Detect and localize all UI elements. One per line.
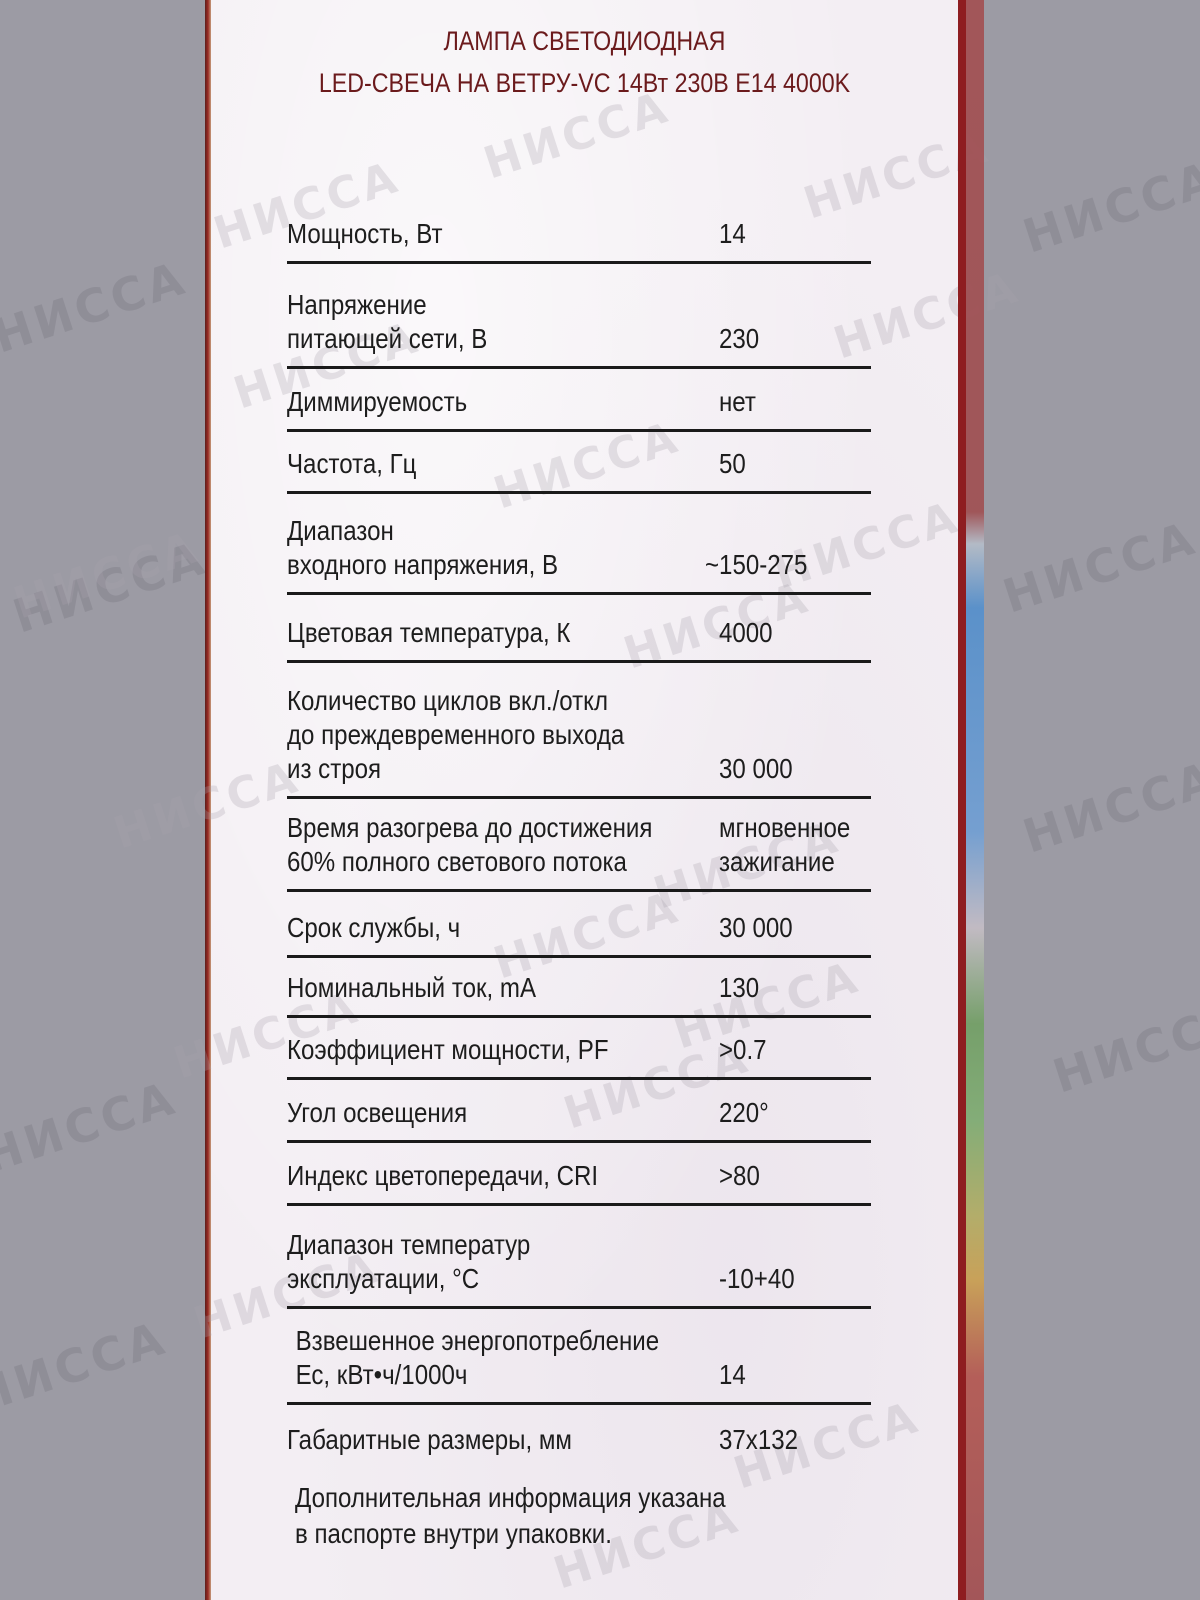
spec-value: 230 xyxy=(719,322,759,356)
spec-label: Время разогрева до достижения 60% полног… xyxy=(287,811,717,879)
watermark: НИССА xyxy=(1017,150,1200,263)
spec-row-current: Номинальный ток, mA 130 xyxy=(287,958,871,1018)
spec-panel: НИССА НИССА НИССА НИССА НИССА НИССА НИСС… xyxy=(211,0,958,1600)
spec-row-input-range: Диапазон входного напряжения, В ~150-275 xyxy=(287,494,871,595)
spec-label: Срок службы, ч xyxy=(287,911,717,945)
spec-value: 130 xyxy=(719,971,759,1005)
spec-value: 37x132 xyxy=(719,1423,798,1457)
spec-row-lifetime: Срок службы, ч 30 000 xyxy=(287,892,871,958)
product-model: LED-СВЕЧА НА ВЕТРУ-VC 14Вт 230В E14 4000… xyxy=(263,68,905,99)
box-edge-right xyxy=(958,0,966,1600)
spec-value: 220° xyxy=(719,1096,769,1130)
spec-value: -10+40 xyxy=(719,1262,795,1296)
spec-row-power-factor: Коэффициент мощности, PF >0.7 xyxy=(287,1018,871,1080)
spec-value: 30 000 xyxy=(719,752,793,786)
spec-value: 50 xyxy=(719,447,746,481)
spec-label: Диапазон входного напряжения, В xyxy=(287,514,717,582)
product-title: ЛАМПА СВЕТОДИОДНАЯ xyxy=(263,26,905,57)
spec-row-operating-temp: Диапазон температур эксплуатации, °С -10… xyxy=(287,1206,871,1309)
spec-value: >80 xyxy=(719,1159,760,1193)
spec-value: нет xyxy=(719,385,756,419)
spec-label: Индекс цветопередачи, CRI xyxy=(287,1159,717,1193)
footer-note: Дополнительная информация указана в пасп… xyxy=(295,1480,897,1552)
spec-label: Угол освещения xyxy=(287,1096,717,1130)
spec-value: мгновенное зажигание xyxy=(719,811,850,879)
spec-label: Количество циклов вкл./откл до преждевре… xyxy=(287,684,717,786)
spec-value: 4000 xyxy=(719,616,773,650)
spec-label: Напряжение питающей сети, В xyxy=(287,288,717,356)
spec-value: 14 xyxy=(719,217,746,251)
spec-row-voltage: Напряжение питающей сети, В 230 xyxy=(287,264,871,369)
spec-label: Диммируемость xyxy=(287,385,717,419)
side-color-strip xyxy=(966,0,984,1600)
watermark: НИССА xyxy=(0,1310,174,1423)
spec-row-energy: Взвешенное энергопотребление Ес, кВт•ч/1… xyxy=(287,1309,871,1405)
spec-label: Взвешенное энергопотребление Ес, кВт•ч/1… xyxy=(287,1324,717,1392)
watermark: НИССА xyxy=(997,510,1200,623)
spec-row-frequency: Частота, Гц 50 xyxy=(287,432,871,494)
spec-value: 30 000 xyxy=(719,911,793,945)
spec-value: ~150-275 xyxy=(705,548,807,582)
spec-label: Цветовая температура, К xyxy=(287,616,717,650)
spec-row-cri: Индекс цветопередачи, CRI >80 xyxy=(287,1143,871,1206)
watermark: НИССА xyxy=(0,1070,184,1183)
spec-label: Номинальный ток, mA xyxy=(287,971,717,1005)
spec-label: Коэффициент мощности, PF xyxy=(287,1033,717,1067)
spec-row-dimmable: Диммируемость нет xyxy=(287,369,871,432)
spec-row-power: Мощность, Вт 14 xyxy=(287,200,871,264)
watermark: НИССА xyxy=(7,530,214,643)
spec-row-color-temp: Цветовая температура, К 4000 xyxy=(287,595,871,663)
spec-value: 14 xyxy=(719,1358,746,1392)
spec-row-warmup: Время разогрева до достижения 60% полног… xyxy=(287,799,871,892)
spec-label: Частота, Гц xyxy=(287,447,717,481)
spec-table: Мощность, Вт 14 Напряжение питающей сети… xyxy=(287,200,871,1467)
watermark: НИССА xyxy=(8,522,207,630)
spec-label: Мощность, Вт xyxy=(287,217,717,251)
watermark: НИССА xyxy=(0,250,194,363)
spec-label: Габаритные размеры, мм xyxy=(287,1423,717,1457)
watermark: НИССА xyxy=(1047,990,1200,1103)
spec-value: >0.7 xyxy=(719,1033,767,1067)
watermark: НИССА xyxy=(1017,750,1200,863)
spec-label: Диапазон температур эксплуатации, °С xyxy=(287,1228,717,1296)
spec-row-beam-angle: Угол освещения 220° xyxy=(287,1080,871,1143)
spec-row-dimensions: Габаритные размеры, мм 37x132 xyxy=(287,1405,871,1467)
spec-row-cycles: Количество циклов вкл./откл до преждевре… xyxy=(287,663,871,799)
